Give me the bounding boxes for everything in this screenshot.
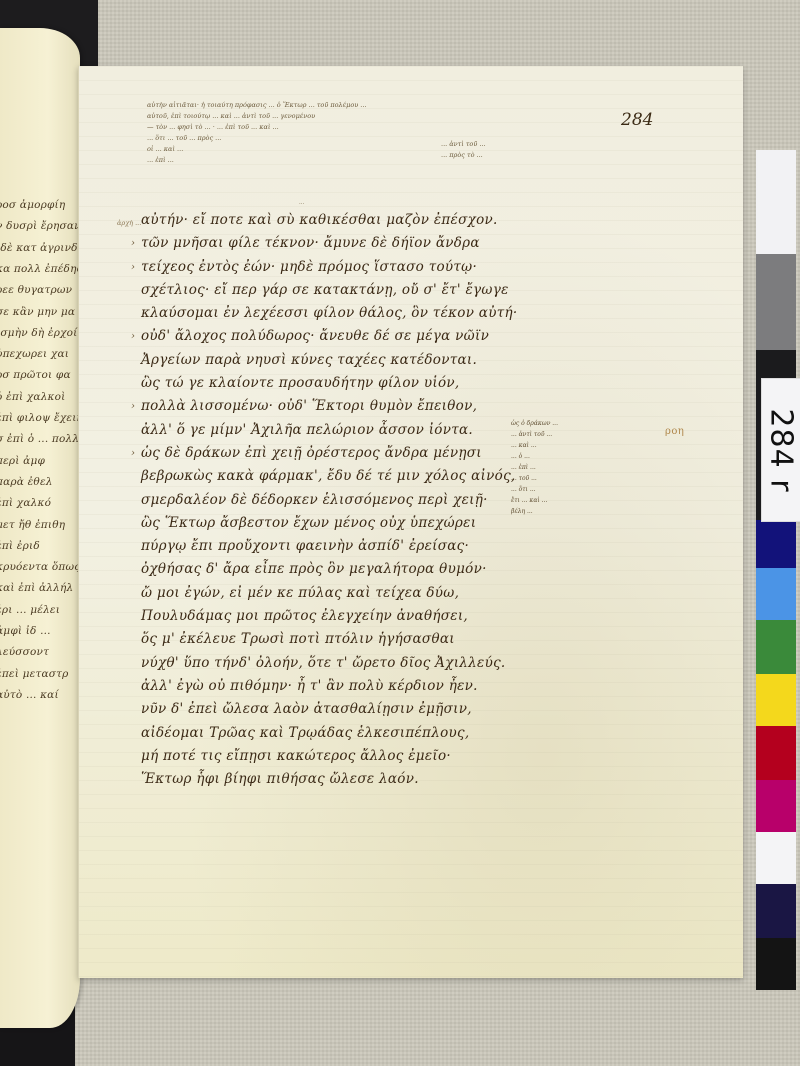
scholion-line: ... ἐπὶ ... — [511, 462, 651, 473]
main-text-block: αὐτήν· εἴ ποτε καὶ σὺ καθικέσθαι μαζὸν ἐ… — [141, 209, 521, 791]
verso-text-line: ρεε θυγατρων — [0, 284, 72, 296]
text-line: σμερδαλέον δὲ δέδορκεν ἑλισσόμενος περὶ … — [141, 489, 521, 512]
text-line: Πουλυδάμας μοι πρῶτος ἐλεγχείην ἀναθήσει… — [141, 605, 521, 628]
text-line: σχέτλιος· εἴ περ γάρ σε κατακτάνῃ, οὔ σ'… — [141, 279, 521, 302]
color-calibration-strip — [756, 150, 796, 990]
verso-text-line: ἐπεὶ μεταστρ — [0, 668, 69, 680]
text-line: ›οὐδ' ἄλοχος πολύδωρος· ἄνευθε δέ σε μέγ… — [141, 325, 521, 348]
margin-note-left: ἀρχὴ ... — [117, 219, 141, 227]
verso-text-line: ἐπὶ φιλοψ ἔχειν — [0, 412, 80, 424]
scholia-right: ὡς ὁ δράκων ... ... ἀντὶ τοῦ ... ... καὶ… — [511, 418, 651, 517]
verso-text-line: ἐπὶ ἐριδ — [0, 540, 40, 552]
scholion-line: αὐτοῦ, ἐπὶ τοιούτῳ ... καὶ ... ἀντὶ τοῦ … — [147, 111, 617, 122]
line-text: πύργῳ ἔπι προὔχοντι φαεινὴν ἀσπίδ' ἐρείσ… — [141, 538, 469, 554]
text-line: ἀλλ' ὅ γε μίμν' Ἀχιλῆα πελώριον ἆσσον ἰό… — [141, 419, 521, 442]
text-line: ›τείχεος ἐντὸς ἐών· μηδὲ πρόμος ἵστασο τ… — [141, 256, 521, 279]
verso-text-line: ν δυσρὶ ἔρησαν — [0, 220, 80, 232]
text-line: ›πολλὰ λισσομένω· οὐδ' Ἕκτορι θυμὸν ἔπει… — [141, 395, 521, 418]
scholia-top-right: ... ἀντὶ τοῦ ... ... πρὸς τὸ ... — [441, 139, 641, 161]
text-line: ὣς τώ γε κλαίοντε προσαυδήτην φίλον υἱόν… — [141, 372, 521, 395]
color-patch-red — [756, 726, 796, 780]
folio-label-card: 284 r — [761, 378, 800, 522]
line-text: ὤ μοι ἐγών, εἰ μέν κε πύλας καὶ τείχεα δ… — [141, 585, 459, 601]
color-patch-blue — [756, 520, 796, 568]
line-text: νύχθ' ὕπο τήνδ' ὀλοήν, ὅτε τ' ὤρετο δῖος… — [141, 655, 506, 671]
text-line: ὣς Ἕκτωρ ἄσβεστον ἔχων μένος οὐχ ὑπεχώρε… — [141, 512, 521, 535]
color-patch-yellow — [756, 674, 796, 726]
verso-text-line: κα πολλ ἐπέδησ — [0, 263, 80, 275]
verso-text-line: σ ἐπὶ ὁ ... πολλ — [0, 433, 79, 445]
text-line: ἀλλ' ἐγὼ οὐ πιθόμην· ἦ τ' ἂν πολὺ κέρδιο… — [141, 675, 521, 698]
line-marker: › — [131, 232, 135, 255]
verso-text-line: λεύσσοντ — [0, 646, 49, 658]
line-text: νῦν δ' ἐπεὶ ὤλεσα λαὸν ἀτασθαλίῃσιν ἐμῇσ… — [141, 701, 472, 717]
scholion-line: ... ἀντὶ τοῦ ... — [511, 429, 651, 440]
line-text: πολλὰ λισσομένω· οὐδ' Ἕκτορι θυμὸν ἔπειθ… — [141, 398, 477, 414]
verso-text-line: κρυόεντα ὅπως — [0, 561, 80, 573]
verso-text-line: μετ ἤθ ἐπιθη — [0, 519, 65, 531]
text-line: ›ὡς δὲ δράκων ἐπὶ χειῇ ὀρέστερος ἄνδρα μ… — [141, 442, 521, 465]
line-text: μή ποτέ τις εἴπῃσι κακώτερος ἄλλος ἐμεῖο… — [141, 748, 451, 764]
folio-number: 284 — [621, 110, 653, 130]
scholion-line: ... καὶ ... — [511, 440, 651, 451]
text-line: βεβρωκὼς κακὰ φάρμακ', ἔδυ δέ τέ μιν χόλ… — [141, 465, 521, 488]
scholion-line: ὡς ὁ δράκων ... — [511, 418, 651, 429]
line-text: τῶν μνῆσαι φίλε τέκνον· ἄμυνε δὲ δήϊον ἄ… — [141, 235, 480, 251]
verso-text-line: καὶ ἐπὶ ἀλλήλ — [0, 582, 73, 594]
verso-text-line: ἀμφὶ ἰδ ... — [0, 625, 51, 637]
text-line: ὤ μοι ἐγών, εἰ μέν κε πύλας καὶ τείχεα δ… — [141, 582, 521, 605]
text-line: ›τῶν μνῆσαι φίλε τέκνον· ἄμυνε δὲ δήϊον … — [141, 232, 521, 255]
text-line: κλαύσομαι ἐν λεχέεσσι φίλον θάλος, ὃν τέ… — [141, 302, 521, 325]
text-line: ὀχθήσας δ' ἄρα εἶπε πρὸς ὃν μεγαλήτορα θ… — [141, 558, 521, 581]
verso-text-line: ροσ ἀμορφίη — [0, 199, 65, 211]
line-text: ἀλλ' ὅ γε μίμν' Ἀχιλῆα πελώριον ἆσσον ἰό… — [141, 422, 473, 438]
line-text: ὣς τώ γε κλαίοντε προσαυδήτην φίλον υἱόν… — [141, 375, 460, 391]
recto-page: 284 αὐτὴν αἰτιᾶται· ἡ τοιαύτη πρόφασις .… — [78, 66, 743, 978]
scholion-line: αὐτὴν αἰτιᾶται· ἡ τοιαύτη πρόφασις ... ὁ… — [147, 100, 617, 111]
scholion-line: ... πρὸς τὸ ... — [441, 150, 641, 161]
verso-text-line: παρὰ ἐθελ — [0, 476, 53, 488]
line-marker: › — [131, 442, 135, 465]
scholion-line: ... ὅτι ... τοῦ ... πρὸς ... — [147, 133, 427, 144]
text-line: νύχθ' ὕπο τήνδ' ὀλοήν, ὅτε τ' ὤρετο δῖος… — [141, 652, 521, 675]
color-patch-gray — [756, 254, 796, 350]
text-line: αἰδέομαι Τρῶας καὶ Τρῳάδας ἑλκεσιπέπλους… — [141, 722, 521, 745]
scholion-line: ... ὁ ... — [511, 451, 651, 462]
folio-label: 284 r — [764, 408, 799, 492]
line-text: ὅς μ' ἐκέλευε Τρωσὶ ποτὶ πτόλιν ἡγήσασθα… — [141, 631, 455, 647]
verso-page-edge: ροσ ἀμορφίην δυσρὶ ἔρησανἰδὲ κατ ἀγρινδκ… — [0, 28, 80, 1028]
interlinear-gloss: ... — [299, 200, 304, 206]
line-text: Ἕκτωρ ἧφι βίηφι πιθήσας ὤλεσε λαόν. — [141, 771, 419, 787]
line-marker: › — [131, 395, 135, 418]
text-line: μή ποτέ τις εἴπῃσι κακώτερος ἄλλος ἐμεῖο… — [141, 745, 521, 768]
verso-text-line: ρσ πρῶτοι φα — [0, 369, 71, 381]
line-text: Ἀργείων παρὰ νηυσὶ κύνες ταχέες κατέδοντ… — [141, 352, 477, 368]
line-text: βεβρωκὼς κακὰ φάρμακ', ἔδυ δέ τέ μιν χόλ… — [141, 468, 516, 484]
line-marker: › — [131, 256, 135, 279]
text-line: αὐτήν· εἴ ποτε καὶ σὺ καθικέσθαι μαζὸν ἐ… — [141, 209, 521, 232]
text-line: νῦν δ' ἐπεὶ ὤλεσα λαὸν ἀτασθαλίῃσιν ἐμῇσ… — [141, 698, 521, 721]
verso-text-line: αὐτὸ ... καί — [0, 689, 59, 701]
line-text: ὣς Ἕκτωρ ἄσβεστον ἔχων μένος οὐχ ὑπεχώρε… — [141, 515, 476, 531]
verso-text-line: ὑπεχωρει χαι — [0, 348, 69, 360]
scholion-line: ... ὅτι ... — [511, 484, 651, 495]
color-patch-dark-blue — [756, 884, 796, 938]
verso-text-line: περὶ ἀμφ — [0, 455, 45, 467]
line-text: Πουλυδάμας μοι πρῶτος ἐλεγχείην ἀναθήσει… — [141, 608, 468, 624]
line-text: αἰδέομαι Τρῶας καὶ Τρῳάδας ἑλκεσιπέπλους… — [141, 725, 469, 741]
line-text: ἀλλ' ἐγὼ οὐ πιθόμην· ἦ τ' ἂν πολὺ κέρδιο… — [141, 678, 478, 694]
verso-text-line: ὁ ἐπὶ χαλκοὶ — [0, 391, 65, 403]
text-line: Ἀργείων παρὰ νηυσὶ κύνες ταχέες κατέδοντ… — [141, 349, 521, 372]
verso-text-line: ἐρι ... μέλει — [0, 604, 60, 616]
color-patch-white2 — [756, 832, 796, 884]
verso-text-line: σε κἂν μην μα — [0, 306, 75, 318]
line-text: σμερδαλέον δὲ δέδορκεν ἑλισσόμενος περὶ … — [141, 492, 488, 508]
marginal-numeral: ροη — [665, 426, 684, 437]
line-text: αὐτήν· εἴ ποτε καὶ σὺ καθικέσθαι μαζὸν ἐ… — [141, 212, 498, 228]
line-text: σχέτλιος· εἴ περ γάρ σε κατακτάνῃ, οὔ σ'… — [141, 282, 509, 298]
verso-text-line: ἰδὲ κατ ἀγρινδ — [0, 242, 78, 254]
line-text: οὐδ' ἄλοχος πολύδωρος· ἄνευθε δέ σε μέγα… — [141, 328, 489, 344]
verso-text-line: ἰσμὴν δὴ ἐρχοί — [0, 327, 77, 339]
scholion-line: ... ἐπὶ ... — [147, 155, 427, 166]
color-patch-green — [756, 620, 796, 674]
line-text: κλαύσομαι ἐν λεχέεσσι φίλον θάλος, ὃν τέ… — [141, 305, 517, 321]
scholion-line: οἱ ... καὶ ... — [147, 144, 427, 155]
text-line: πύργῳ ἔπι προὔχοντι φαεινὴν ἀσπίδ' ἐρείσ… — [141, 535, 521, 558]
line-text: τείχεος ἐντὸς ἐών· μηδὲ πρόμος ἵστασο το… — [141, 259, 477, 275]
color-patch-cyan — [756, 568, 796, 620]
line-text: ὀχθήσας δ' ἄρα εἶπε πρὸς ὃν μεγαλήτορα θ… — [141, 561, 487, 577]
line-marker: › — [131, 325, 135, 348]
color-patch-white — [756, 150, 796, 254]
scholion-line: ἔτι ... καὶ ... — [511, 495, 651, 506]
scholion-line: ... ἀντὶ τοῦ ... — [441, 139, 641, 150]
color-patch-black2 — [756, 938, 796, 990]
scholion-line: ... τοῦ ... — [511, 473, 651, 484]
line-text: ὡς δὲ δράκων ἐπὶ χειῇ ὀρέστερος ἄνδρα μέ… — [141, 445, 482, 461]
scholion-line: βέλη ... — [511, 506, 651, 517]
verso-text-line: ἐπὶ χαλκό — [0, 497, 51, 509]
color-patch-magenta — [756, 780, 796, 832]
text-line: ὅς μ' ἐκέλευε Τρωσὶ ποτὶ πτόλιν ἡγήσασθα… — [141, 628, 521, 651]
scholion-line: — τὸν ... φησὶ τὸ ... · ... ἐπὶ τοῦ ... … — [147, 122, 617, 133]
text-line: Ἕκτωρ ἧφι βίηφι πιθήσας ὤλεσε λαόν. — [141, 768, 521, 791]
